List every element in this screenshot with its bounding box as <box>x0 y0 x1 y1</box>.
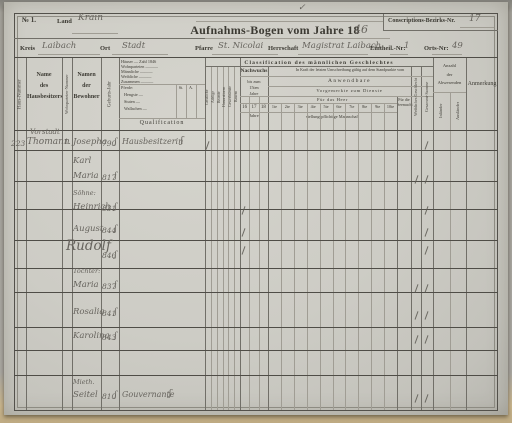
flourish: ʃ <box>115 172 117 180</box>
horses-col-header: A. <box>187 86 196 91</box>
party-number-value: 1. <box>64 139 71 146</box>
grid-line-horizontal <box>268 86 433 87</box>
grid-line-horizontal <box>390 54 408 55</box>
flourish: ʃ <box>115 332 117 340</box>
grid-line-horizontal <box>14 150 498 151</box>
flourish: ʃ <box>115 225 117 233</box>
grid-line-horizontal <box>383 30 498 31</box>
house-number-value: 223 <box>11 140 25 148</box>
summary-row: Zusammen ——— <box>121 80 203 85</box>
nachwuchs-year-col: 18 <box>259 105 268 111</box>
age-class-col: 3te <box>294 105 307 110</box>
flourish: ʃ <box>115 308 117 316</box>
resident-name: Maria <box>73 172 99 181</box>
grid-line-horizontal <box>240 96 433 97</box>
field-label-ortsnr: Orts-Nr: <box>424 45 449 52</box>
seemacht-header: Für die Seemacht <box>397 98 411 108</box>
flourish: ʃ <box>181 137 183 146</box>
grid-line-horizontal <box>432 54 462 55</box>
flourish: ʃ <box>115 251 117 259</box>
flourish: ʃ <box>115 203 117 211</box>
grid-line-horizontal <box>14 375 498 376</box>
resident-name: Seitel <box>73 391 98 400</box>
grid-line-vertical <box>383 14 384 30</box>
suburb-note: Vorstadt <box>30 129 60 136</box>
section-label: Töchter: <box>73 268 100 275</box>
field-label-kreis: Kreis <box>20 45 35 52</box>
anwendbare-line1: In Kraft der letzten Umschreibung gültig… <box>269 68 431 72</box>
section-label: Söhne: <box>73 190 96 197</box>
heer-header: Für das Heer <box>268 97 397 102</box>
title-year-handwritten: 46 <box>354 24 368 35</box>
grid-line-horizontal <box>14 130 498 131</box>
col-resident-header: Namen der Bewohner <box>72 70 101 103</box>
grid-line-horizontal <box>38 54 100 55</box>
form-number: № 1. <box>22 17 36 25</box>
flourish: ʃ <box>115 391 117 399</box>
section-label: Mieth. <box>73 379 94 386</box>
grid-line-vertical <box>268 66 269 410</box>
sum-col-header: Gesammt-Summe <box>421 68 433 126</box>
col-house-number-header: Haus-Nummer <box>14 60 26 128</box>
field-value-1: Stadt <box>122 42 145 51</box>
absent-sub-col-header: Inländer <box>433 94 450 128</box>
grid-line-horizontal <box>212 54 278 55</box>
qualification-value: Gouvernante <box>122 391 174 399</box>
horses-row: Stuten — <box>124 100 140 105</box>
age-class-col: 6te <box>333 105 346 110</box>
page-title: Aufnahms-Bogen vom Jahre 18 <box>190 24 360 37</box>
grid-line-vertical <box>450 92 451 410</box>
nachwuchs-sub-header: bis zum 15ten Jahre <box>240 79 268 97</box>
grid-line-vertical <box>397 96 398 410</box>
grid-line-horizontal <box>298 54 368 55</box>
age-class-col: 1te <box>268 105 281 110</box>
grid-line-horizontal <box>196 21 383 22</box>
anwendbare-header: Anwendbare <box>268 78 431 84</box>
horses-col-header: St. <box>177 86 186 91</box>
check-mark: ✓ <box>298 4 306 13</box>
absent-sub-col-header: Ausländer <box>450 94 467 128</box>
col-party-number-header: Wohnparteien-Nummer <box>62 59 72 129</box>
flourish: ʃ <box>115 281 117 289</box>
age-class-col: 9te <box>371 105 384 110</box>
grid-line-horizontal <box>119 118 205 119</box>
conscription-district-label: Conscriptions-Bezirks-Nr. <box>388 18 455 25</box>
grid-line-horizontal <box>14 57 498 58</box>
nachwuchs-header: Nachwuchs <box>240 68 268 74</box>
grid-line-horizontal <box>112 54 168 55</box>
grid-line-vertical <box>196 84 197 118</box>
resident-name: Rosalia <box>73 308 104 317</box>
field-value-5: 49 <box>452 42 463 51</box>
remark-header: Anmerkung <box>466 81 498 88</box>
horses-label: Pferde: <box>121 86 133 91</box>
flourish: ʃ <box>115 138 117 146</box>
vorgemerkte-header: Vorgemerkte zum Dienste <box>268 88 431 93</box>
grid-line-horizontal <box>14 327 498 328</box>
horses-row: Wallachen — <box>124 107 147 112</box>
grid-line-horizontal <box>14 350 498 351</box>
status-col-header: Geistliche <box>205 68 211 126</box>
grid-line-horizontal <box>433 92 466 93</box>
grid-line-horizontal <box>205 38 390 39</box>
grid-line-vertical <box>26 57 27 410</box>
census-form-scan: № 1. Land Krain Conscriptions-Bezirks-Nr… <box>0 0 512 423</box>
field-label-eintheilnr: Eintheil.-Nr: <box>370 45 406 52</box>
nachwuchs-unit: Jahre <box>240 114 268 119</box>
grid-line-horizontal <box>205 66 433 67</box>
nachwuchs-year-col: 17 <box>249 105 258 111</box>
land-value: Krain <box>78 14 103 23</box>
field-label-herrschaft: Herrschaft <box>268 45 298 52</box>
resident-name: Maria <box>73 281 99 290</box>
conscription-district-value: 17 <box>469 15 480 24</box>
col-qualification-header: Qualification <box>119 120 205 127</box>
field-label-pfarre: Pfarre <box>195 45 213 52</box>
age-class-col: 5te <box>320 105 333 110</box>
grid-line-vertical <box>119 57 120 410</box>
horses-row: Hengste — <box>124 93 143 98</box>
nachwuchs-year-col: 16 <box>240 105 249 111</box>
col-owner-header: Name des Hausbesitzers <box>27 70 61 103</box>
status-col-header: Bauern <box>234 68 240 126</box>
grid-line-horizontal <box>460 27 494 28</box>
age-class-col: 2te <box>281 105 294 110</box>
field-value-2: St. Nicolai <box>218 42 263 51</box>
resident-name: August <box>73 225 103 234</box>
qualification-value: Hausbesitzerin <box>122 138 183 146</box>
grid-line-vertical <box>249 96 250 410</box>
age-class-col: 4te <box>307 105 320 110</box>
absent-header: Anzahl der Abwesenden <box>433 62 466 88</box>
field-value-4: 1 <box>404 42 409 51</box>
age-class-col: 8te <box>358 105 371 110</box>
col-birth-year-header: Geburts-Jahr <box>101 60 119 128</box>
grid-line-vertical <box>259 96 260 410</box>
resident-name: Karl <box>73 157 91 166</box>
status-col-header: Adelige <box>211 68 217 126</box>
flourish: ʃ <box>169 390 171 399</box>
grid-line-horizontal <box>14 38 205 39</box>
grid-line-horizontal <box>240 76 433 77</box>
land-label: Land <box>57 18 72 25</box>
grid-line-horizontal <box>240 112 397 113</box>
grid-line-vertical <box>62 57 63 410</box>
sum-col-header: Weibliches Geschlecht <box>411 68 421 126</box>
age-class-col: 10te <box>384 105 397 110</box>
field-label-ort: Ort <box>100 45 110 52</box>
grid-line-horizontal <box>72 33 118 34</box>
age-class-col: 7te <box>345 105 358 110</box>
field-value-0: Laibach <box>42 42 76 51</box>
